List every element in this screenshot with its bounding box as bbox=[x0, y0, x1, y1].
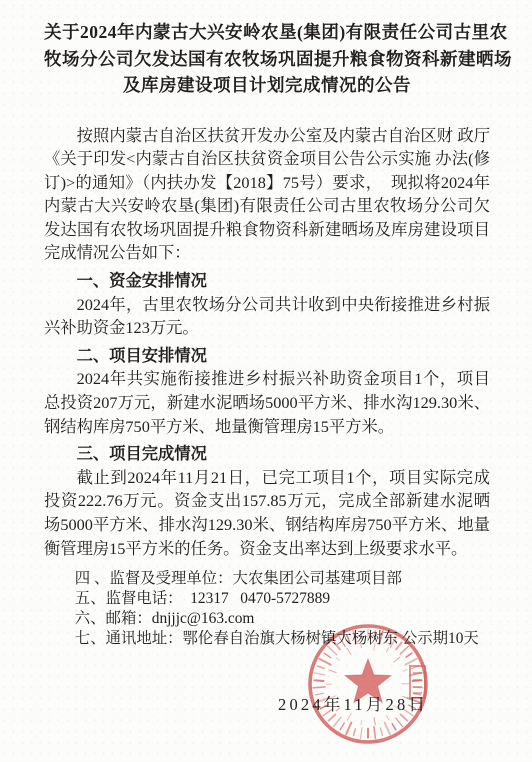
contact-line-supervising-unit: 四 、监督及受理单位：大农集团公司基建项目部 bbox=[44, 569, 490, 589]
document-body: 关于2024年内蒙古大兴安岭农垦(集团)有限责任公司古里农 牧场分公司欠发达国有… bbox=[44, 0, 490, 648]
section-3-heading: 三、项目完成情况 bbox=[44, 442, 490, 466]
contact-info-block: 四 、监督及受理单位：大农集团公司基建项目部 五、监督电话： 12317 047… bbox=[44, 569, 490, 648]
section-2-paragraph: 2024年共实施衔接推进乡村振兴补助资金项目1个，项目总投资207万元，新建水泥… bbox=[44, 367, 490, 438]
date-stamp: 2024年11月28日 bbox=[278, 691, 428, 715]
intro-paragraph: 按照内蒙古自治区扶贫开发办公室及内蒙古自治区财 政厅《关于印发<内蒙古自治区扶贫… bbox=[44, 124, 490, 266]
section-1-heading: 一、资金安排情况 bbox=[44, 269, 490, 293]
contact-line-email: 六、邮箱：dnjjjc@163.com bbox=[44, 609, 490, 629]
contact-line-address: 七、通讯地址：鄂伦春自治旗大杨树镇大杨树东 公示期10天 bbox=[44, 629, 490, 649]
section-1-paragraph: 2024年，古里农牧场分公司共计收到中央衔接推进乡村振兴补助资金123万元。 bbox=[44, 293, 490, 340]
title-line-3: 及库房建设项目计划完成情况的公告 bbox=[44, 72, 490, 99]
section-3-paragraph: 截止到2024年11月21日，已完工项目1个，项目实际完成投资222.76万元。… bbox=[44, 466, 490, 560]
title-line-1: 关于2024年内蒙古大兴安岭农垦(集团)有限责任公司古里农 bbox=[44, 19, 490, 46]
document-title: 关于2024年内蒙古大兴安岭农垦(集团)有限责任公司古里农 牧场分公司欠发达国有… bbox=[44, 19, 490, 99]
contact-line-phone: 五、监督电话： 12317 0470-5727889 bbox=[44, 589, 490, 609]
section-2-heading: 二、项目安排情况 bbox=[44, 344, 490, 368]
scanned-announcement-page: { "page": { "background": "#fcfcfa", "te… bbox=[0, 0, 532, 762]
title-line-2: 牧场分公司欠发达国有农牧场巩固提升粮食物资科新建晒场 bbox=[44, 46, 490, 73]
